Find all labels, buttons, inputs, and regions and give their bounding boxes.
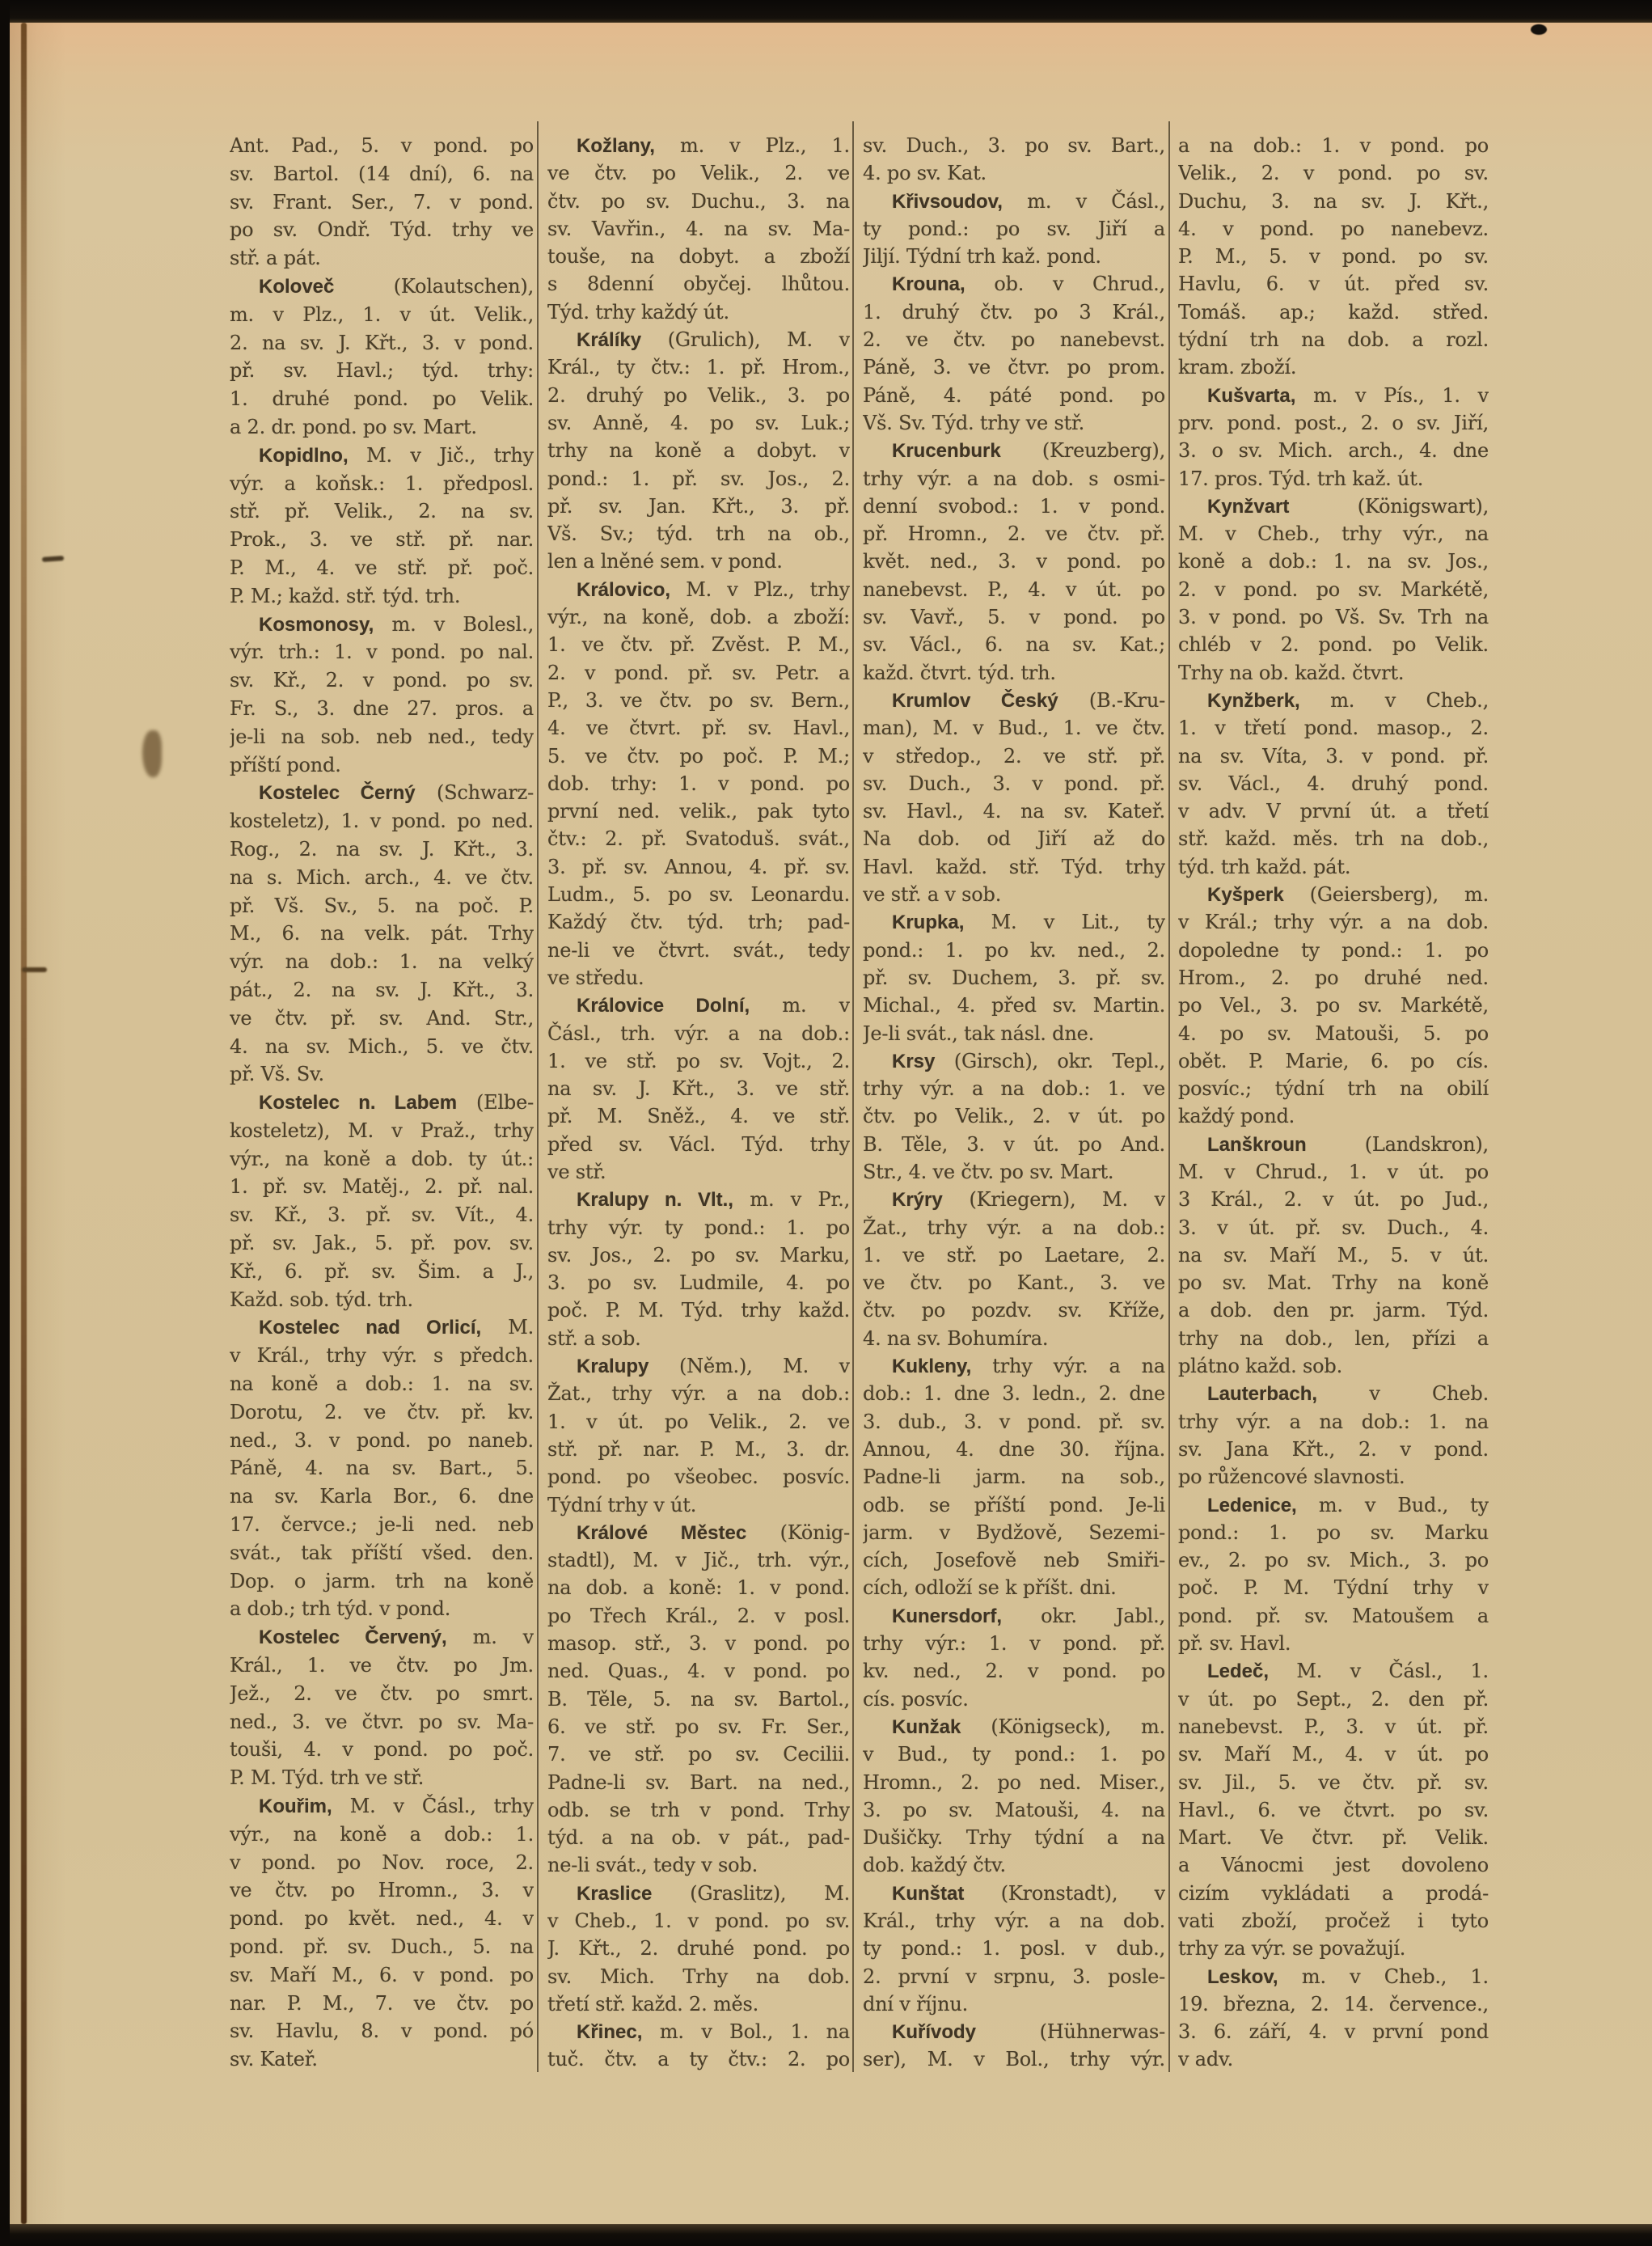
text-line: Lauterbach, v Cheb.	[1178, 1380, 1489, 1407]
entry-text: tuč. čtv. a ty čtv.: 2. po	[547, 2048, 850, 2070]
entry-text: cích, Josefově neb Smiři-	[863, 1549, 1165, 1571]
text-line: pond.: 1. po kv. ned., 2.	[863, 937, 1165, 964]
entry-text: pond. př. sv. Duch., 5. na	[230, 1935, 534, 1958]
text-line: na sv. J. Křt., 3. ve stř.	[547, 1075, 850, 1102]
entry-text: 1. v třetí pond. masop., 2.	[1178, 717, 1489, 739]
entry-text: trhy za výr. se považují.	[1178, 1937, 1405, 1960]
text-line: stř. a pát.	[230, 244, 534, 273]
text-line: J. Křt., 2. druhé pond. po	[547, 1935, 850, 1962]
entry-headword: Kralupy	[577, 1356, 649, 1377]
entry-text: po růžencové slavnosti.	[1178, 1466, 1405, 1488]
text-line: sv. Václ., 4. druhý pond.	[1178, 770, 1489, 797]
ink-smudge	[142, 730, 162, 777]
entry-text: sv. Havl., 4. na sv. Kateř.	[863, 800, 1165, 823]
entry-text: po Vel., 3. po sv. Markétě,	[1178, 994, 1489, 1017]
text-line: př. M. Sněž., 4. ve stř.	[547, 1102, 850, 1130]
text-line: Kyšperk (Geiersberg), m.	[1178, 881, 1489, 908]
text-line: Páně, 4. páté pond. po	[863, 382, 1165, 409]
text-line: příští pond.	[230, 751, 534, 780]
entry-text: každý pond.	[1178, 1105, 1295, 1127]
text-line: ve stř. a v sob.	[863, 881, 1165, 908]
entry-text: 3. po sv. Matouši, 4. na	[863, 1799, 1165, 1821]
entry-text: touše, na dobyt. a zboží	[547, 245, 850, 268]
text-line: 1. př. sv. Matěj., 2. př. nal.	[230, 1173, 534, 1201]
entry-text: př. Vš. Sv., 5. na poč. P.	[230, 895, 534, 917]
entry-text: a dob. den pr. jarm. Týd.	[1178, 1299, 1489, 1322]
text-line: sv. Kř., 2. v pond. po sv.	[230, 666, 534, 695]
entry-text: Každý čtv. týd. trh; pad-	[547, 911, 850, 933]
entry-text: na sv. Víta, 3. v pond. př.	[1178, 745, 1489, 768]
text-line: len a lněné sem. v pond.	[547, 548, 850, 575]
text-line: Kouřim, M. v Čásl., trhy	[230, 1792, 534, 1821]
text-line: Král., 1. ve čtv. po Jm.	[230, 1652, 534, 1680]
entry-text: kosteletz), 1. v pond. po ned.	[230, 810, 534, 832]
entry-text: kv. ned., 2. v pond. po	[863, 1660, 1165, 1682]
entry-text: př. Vš. Sv.	[230, 1063, 324, 1085]
text-line: Krsy (Girsch), okr. Tepl.,	[863, 1047, 1165, 1075]
text-line: př. Hromn., 2. ve čtv. př.	[863, 520, 1165, 548]
entry-text: posvíc.; týdní trh na obilí	[1178, 1077, 1489, 1100]
text-line: a 2. dr. pond. po sv. Mart.	[230, 413, 534, 442]
text-line: Král., trhy výr. a na dob.	[863, 1907, 1165, 1935]
text-line: jarm. v Bydžově, Sezemi-	[863, 1519, 1165, 1546]
entry-text: sv. Maří M., 6. v pond. po	[230, 1964, 534, 1986]
text-column-1: Ant. Pad., 5. v pond. posv. Bartol. (14 …	[230, 132, 534, 2074]
entry-text: M. v Lit., ty	[964, 911, 1165, 933]
entry-text: 1. v út. po Velik., 2. ve	[547, 1411, 850, 1433]
entry-text: odb. se příští pond. Je-li	[863, 1494, 1165, 1516]
text-line: ty pond.: po sv. Jiří a	[863, 215, 1165, 243]
entry-text: ve stř.	[547, 1161, 606, 1183]
entry-text: Fr. S., 3. dne 27. pros. a	[230, 697, 534, 720]
entry-text: kosteletz), M. v Praž., trhy	[230, 1119, 534, 1142]
entry-headword: Ledenice,	[1207, 1495, 1297, 1516]
text-line: sv. Vavřin., 4. na sv. Ma-	[547, 215, 850, 243]
text-line: Kukleny, trhy výr. a na	[863, 1352, 1165, 1380]
entry-text: ve čtv. po Velik., 2. ve	[547, 162, 850, 184]
entry-text: ve čtv. po Kant., 3. ve	[863, 1271, 1165, 1294]
text-line: ne-li ve čtvrt. svát., tedy	[547, 937, 850, 964]
text-line: Krouna, ob. v Chrud.,	[863, 270, 1165, 298]
text-line: Ant. Pad., 5. v pond. po	[230, 132, 534, 160]
text-line: 1. v třetí pond. masop., 2.	[1178, 714, 1489, 742]
text-line: pond. př. sv. Duch., 5. na	[230, 1933, 534, 1961]
entry-text: př. M. Sněž., 4. ve stř.	[547, 1105, 850, 1127]
text-line: 3. po sv. Ludmile, 4. po	[547, 1269, 850, 1296]
entry-text: 4. ve čtvrt. př. sv. Havl.,	[547, 717, 850, 739]
text-line: po růžencové slavnosti.	[1178, 1463, 1489, 1491]
text-line: sv. Havlu, 8. v pond. pó	[230, 2017, 534, 2045]
text-line: stř. př. Velik., 2. na sv.	[230, 497, 534, 526]
entry-text: na s. Mich. arch., 4. ve čtv.	[230, 866, 534, 889]
text-line: Hrom., 2. po druhé ned.	[1178, 964, 1489, 992]
entry-text: sv. Kř., 3. př. sv. Vít., 4.	[230, 1203, 534, 1226]
text-line: Havl., 6. ve čtvrt. po sv.	[1178, 1796, 1489, 1824]
entry-text: plátno každ. sob.	[1178, 1355, 1342, 1377]
entry-text: a 2. dr. pond. po sv. Mart.	[230, 416, 477, 438]
entry-text: 7. ve stř. po sv. Cecilii.	[547, 1743, 850, 1766]
entry-text: len a lněné sem. v pond.	[547, 550, 783, 573]
page-edge-top	[0, 0, 1652, 23]
text-line: cích, odloží se k příšt. dni.	[863, 1574, 1165, 1601]
entry-headword: Ledeč,	[1207, 1660, 1269, 1682]
entry-headword: Kouřim,	[259, 1796, 332, 1817]
text-line: sv. Jana Křt., 2. v pond.	[1178, 1436, 1489, 1463]
text-line: Královice Dolní, m. v	[547, 992, 850, 1019]
text-line: první ned. velik., pak tyto	[547, 797, 850, 825]
text-line: a na dob.: 1. v pond. po	[1178, 132, 1489, 159]
text-line: trhy na dob., len, přízi a	[1178, 1325, 1489, 1352]
entry-text: 3. 6. září, 4. v první pond	[1178, 2020, 1489, 2043]
entry-headword: Kostelec Červený,	[259, 1626, 447, 1648]
text-line: s 8denní obyčej. lhůtou.	[547, 270, 850, 298]
entry-text: P. M., 4. ve stř. př. poč.	[230, 556, 534, 579]
text-line: Králové Městec (König-	[547, 1519, 850, 1546]
entry-text: Jiljí. Týdní trh kaž. pond.	[863, 245, 1101, 268]
text-column-4: a na dob.: 1. v pond. poVelik., 2. v pon…	[1178, 132, 1489, 2074]
entry-text: poč. P. M. Týd. trhy každ.	[547, 1299, 850, 1322]
entry-text: 2. ve čtv. po nanebevst.	[863, 328, 1165, 351]
entry-text: 3. př. sv. Annou, 4. př. sv.	[547, 856, 850, 878]
entry-text: pond. po květ. ned., 4. v	[230, 1907, 534, 1930]
entry-headword: Krupka,	[892, 912, 964, 933]
entry-text: Páně, 3. ve čtvr. po prom.	[863, 356, 1165, 379]
entry-text: M. v Plz., trhy	[670, 578, 850, 601]
scanned-book-page: { "palette": { "paper": "#d6c196", "pape…	[0, 0, 1652, 2246]
entry-text: sv. Bartol. (14 dní), 6. na	[230, 163, 534, 185]
text-line: Týdní trhy v út.	[547, 1491, 850, 1519]
entry-text: vati zboží, pročež i tyto	[1178, 1910, 1489, 1932]
text-line: pond. po všeobec. posvíc.	[547, 1463, 850, 1491]
text-line: pát., 2. na sv. J. Křt., 3.	[230, 976, 534, 1005]
entry-text: čtv.: 2. př. Svatoduš. svát.,	[547, 827, 850, 850]
entry-text: sv. Vavřin., 4. na sv. Ma-	[547, 218, 850, 240]
entry-headword: Krýry	[892, 1189, 943, 1211]
entry-text: sv. Jos., 2. po sv. Marku,	[547, 1244, 850, 1267]
text-line: na sv. Karla Bor., 6. dne	[230, 1483, 534, 1511]
text-line: 4. po sv. Kat.	[863, 159, 1165, 187]
text-line: sv. Maří M., 6. v pond. po	[230, 1961, 534, 1990]
text-line: Žat., trhy výr. a na dob.:	[547, 1380, 850, 1407]
text-line: poč. P. M. Týd. trhy každ.	[547, 1296, 850, 1324]
entry-text: v adv.	[1178, 2048, 1233, 2070]
entry-text: M. v Čásl., 1.	[1269, 1660, 1489, 1682]
text-line: Padne-li sv. Bart. na ned.,	[547, 1769, 850, 1796]
text-line: 3. v pond. po Vš. Sv. Trh na	[1178, 603, 1489, 631]
text-line: na dob. a koně: 1. v pond.	[547, 1574, 850, 1601]
text-line: na sv. Víta, 3. v pond. př.	[1178, 742, 1489, 770]
entry-text: 4. po sv. Matouši, 5. po	[1178, 1022, 1489, 1045]
text-line: výr. a koňsk.: 1. předposl.	[230, 470, 534, 498]
text-line: ve stř.	[547, 1158, 850, 1186]
entry-text: výr. trh.: 1. v pond. po nal.	[230, 641, 534, 663]
text-line: Krýry (Kriegern), M. v	[863, 1186, 1165, 1213]
entry-text: (Elbe-	[457, 1091, 534, 1114]
entry-text: trhy výr. a na dob. s osmi-	[863, 467, 1165, 490]
text-line: ne-li svát., tedy v sob.	[547, 1851, 850, 1879]
entry-headword: Kopidlno,	[259, 445, 349, 467]
text-line: 3. 6. září, 4. v první pond	[1178, 2018, 1489, 2045]
entry-headword: Kušvarta,	[1207, 385, 1295, 407]
text-line: sv. Kř., 3. př. sv. Vít., 4.	[230, 1201, 534, 1229]
text-line: sv. Anně, 4. po sv. Luk.;	[547, 409, 850, 437]
text-line: kosteletz), M. v Praž., trhy	[230, 1117, 534, 1145]
text-line: Krucenburk (Kreuzberg),	[863, 437, 1165, 464]
text-line: Velik., 2. v pond. po sv.	[1178, 159, 1489, 187]
entry-text: Mart. Ve čtvr. př. Velik.	[1178, 1826, 1489, 1849]
text-line: dob. trhy: 1. v pond. po	[547, 770, 850, 797]
entry-text: sv. Jana Křt., 2. v pond.	[1178, 1438, 1489, 1461]
entry-text: sv. Kř., 2. v pond. po sv.	[230, 669, 534, 692]
entry-text: výr., na koně, dob. a zboží:	[547, 606, 850, 628]
text-line: 1. ve čtv. př. Zvěst. P. M.,	[547, 631, 850, 658]
entry-text: Duchu, 3. na sv. J. Křt.,	[1178, 190, 1489, 213]
text-line: P. M. Týd. trh ve stř.	[230, 1764, 534, 1792]
entry-text: P. M. Týd. trh ve stř.	[230, 1766, 424, 1789]
margin-ink-mark	[22, 967, 47, 972]
entry-text: M. v Jič., trhy	[349, 444, 534, 467]
text-line: sv. Maří M., 4. v út. po	[1178, 1741, 1489, 1768]
entry-text: týd. a na ob. v pát., pad-	[547, 1826, 850, 1849]
entry-headword: Kralupy n. Vlt.,	[577, 1189, 733, 1211]
text-line: trhy výr. a na dob.: 1. na	[1178, 1408, 1489, 1436]
entry-text: ev., 2. po sv. Mich., 3. po	[1178, 1549, 1489, 1571]
text-line: Krumlov Český (B.-Kru-	[863, 687, 1165, 714]
text-line: 3. v út. př. sv. Duch., 4.	[1178, 1214, 1489, 1241]
text-line: Kunštat (Kronstadt), v	[863, 1880, 1165, 1907]
entry-text: sv. Anně, 4. po sv. Luk.;	[547, 412, 850, 434]
entry-text: (Königswart),	[1289, 495, 1489, 518]
entry-text: po Třech Král., 2. v posl.	[547, 1605, 850, 1627]
binding-crease	[21, 23, 27, 2224]
entry-text: s 8denní obyčej. lhůtou.	[547, 273, 850, 295]
text-line: plátno každ. sob.	[1178, 1352, 1489, 1380]
text-line: odb. se trh v pond. Trhy	[547, 1796, 850, 1824]
entry-text: jarm. v Bydžově, Sezemi-	[863, 1521, 1165, 1544]
entry-text: man), M. v Bud., 1. ve čtv.	[863, 717, 1165, 739]
entry-text: 4. po sv. Kat.	[863, 162, 987, 184]
text-line: 5. ve čtv. po poč. P. M.;	[547, 742, 850, 770]
text-line: Páně, 3. ve čtvr. po prom.	[863, 353, 1165, 381]
text-line: Jiljí. Týdní trh kaž. pond.	[863, 243, 1165, 270]
entry-text: (Geiersberg), m.	[1284, 883, 1489, 906]
entry-headword: Křivsoudov,	[892, 191, 1003, 213]
entry-text: Vš. Sv. Týd. trhy ve stř.	[863, 412, 1084, 434]
text-line: 2. v pond. př. sv. Petr. a	[547, 659, 850, 687]
entry-text: 3. po sv. Ludmile, 4. po	[547, 1271, 850, 1294]
entry-text: 4. na sv. Bohumíra.	[863, 1327, 1048, 1350]
text-line: před sv. Václ. Týd. trhy	[547, 1131, 850, 1158]
text-line: Michal., 4. před sv. Martin.	[863, 992, 1165, 1019]
entry-text: 19. března, 2. 14. července.,	[1178, 1993, 1489, 2015]
text-line: v Král.; trhy výr. a na dob.	[1178, 908, 1489, 936]
entry-text: ve čtv. po Hromn., 3. v	[230, 1879, 534, 1901]
text-line: Ludm., 5. po sv. Leonardu.	[547, 881, 850, 908]
entry-text: výr., na koně a dob.: 1.	[230, 1823, 534, 1846]
entry-headword: Krouna,	[892, 273, 965, 295]
text-line: touše, na dobyt. a zboží	[547, 243, 850, 270]
entry-text: J. Křt., 2. druhé pond. po	[547, 1937, 850, 1960]
text-line: Lanškroun (Landskron),	[1178, 1131, 1489, 1158]
entry-text: 4. v pond. po nanebevz.	[1178, 218, 1489, 240]
entry-text: Čásl., trh. výr. a na dob.:	[547, 1022, 850, 1045]
entry-text: Žat., trhy výr. a na dob.:	[547, 1382, 850, 1405]
entry-text: (Kriegern), M. v	[943, 1188, 1165, 1211]
entry-text: př. sv. Jak., 5. př. pov. sv.	[230, 1232, 534, 1254]
entry-text: P. M.; každ. stř. týd. trh.	[230, 585, 460, 607]
text-line: 2. druhý po Velik., 3. po	[547, 382, 850, 409]
entry-text: Annou, 4. dne 30. října.	[863, 1438, 1165, 1461]
entry-text: Str., 4. ve čtv. po sv. Mart.	[863, 1161, 1113, 1183]
entry-text: pond.: 1. po sv. Marku	[1178, 1521, 1489, 1544]
text-line: po sv. Mat. Trhy na koně	[1178, 1269, 1489, 1296]
entry-text: Kř., 6. př. sv. Šim. a J.,	[230, 1260, 534, 1283]
entry-text: v Král.; trhy výr. a na dob.	[1178, 911, 1489, 933]
entry-text: prv. pond. post., 2. o sv. Jiří,	[1178, 412, 1489, 434]
entry-text: ne-li svát., tedy v sob.	[547, 1854, 758, 1876]
entry-text: okr. Jabl.,	[1002, 1605, 1165, 1627]
text-line: 17. pros. Týd. trh kaž. út.	[1178, 465, 1489, 493]
text-line: 4. po sv. Matouši, 5. po	[1178, 1020, 1489, 1047]
entry-text: sv. Vavř., 5. v pond. po	[863, 606, 1165, 628]
text-line: M., 6. na velk. pát. Trhy	[230, 920, 534, 948]
entry-text: př. sv. Duchem, 3. př. sv.	[863, 966, 1165, 989]
entry-text: 3. o sv. Mich. arch., 4. dne	[1178, 439, 1489, 462]
text-line: Kraslice (Graslitz), M.	[547, 1880, 850, 1907]
text-line: Havlu, 6. v út. před sv.	[1178, 270, 1489, 298]
text-line: Koloveč (Kolautschen),	[230, 273, 534, 301]
text-line: stadtl), M. v Jič., trh. výr.,	[547, 1546, 850, 1574]
text-line: Čásl., trh. výr. a na dob.:	[547, 1020, 850, 1047]
entry-text: na koně a dob.: 1. na sv.	[230, 1373, 534, 1395]
entry-text: m. v Cheb.,	[1300, 689, 1489, 712]
entry-text: Král., trhy výr. a na dob.	[863, 1910, 1165, 1932]
entry-text: stadtl), M. v Jič., trh. výr.,	[547, 1549, 850, 1571]
entry-text: m. v Čásl.,	[1003, 190, 1165, 213]
entry-headword: Kostelec nad Orlicí,	[259, 1317, 481, 1339]
text-line: ty pond.: 1. posl. v dub.,	[863, 1935, 1165, 1962]
entry-text: 2. v pond. po sv. Markétě,	[1178, 578, 1489, 601]
entry-text: na sv. J. Křt., 3. ve stř.	[547, 1077, 850, 1100]
text-line: B. Těle, 5. na sv. Bartol.,	[547, 1686, 850, 1713]
entry-headword: Kožlany,	[577, 135, 655, 157]
entry-text: 3. dub., 3. v pond. př. sv.	[863, 1411, 1165, 1433]
entry-text: (Kolautschen),	[334, 275, 534, 298]
entry-text: týdní trh na dob. a rozl.	[1178, 328, 1489, 351]
entry-text: a na dob.: 1. v pond. po	[1178, 134, 1489, 157]
entry-text: Havl. každ. stř. Týd. trhy	[863, 856, 1165, 878]
entry-headword: Kynžvart	[1207, 496, 1289, 518]
column-divider-rule	[852, 121, 854, 2072]
text-line: trhy výr. a na dob. s osmi-	[863, 465, 1165, 493]
text-line: Kostelec nad Orlicí, M.	[230, 1313, 534, 1342]
entry-text: čtv. po pozdv. sv. Kříže,	[863, 1299, 1165, 1322]
text-line: Krupka, M. v Lit., ty	[863, 908, 1165, 936]
text-line: dob. každý čtv.	[863, 1851, 1165, 1879]
entry-text: stř. př. Velik., 2. na sv.	[230, 500, 534, 522]
text-line: Kostelec n. Labem (Elbe-	[230, 1089, 534, 1117]
entry-text: týd. trh každ. pát.	[1178, 856, 1350, 878]
entry-headword: Lauterbach,	[1207, 1383, 1317, 1405]
text-line: na koně a dob.: 1. na sv.	[230, 1370, 534, 1398]
text-line: 1. ve stř. po Laetare, 2.	[863, 1241, 1165, 1269]
text-line: př. sv. Havl.; týd. trhy:	[230, 357, 534, 385]
entry-text: v út. po Sept., 2. den př.	[1178, 1688, 1489, 1711]
entry-text: Tomáš. ap.; každ. střed.	[1178, 301, 1489, 324]
text-line: sv. Václ., 6. na sv. Kat.;	[863, 631, 1165, 658]
entry-text: trhy výr.: 1. v pond. př.	[863, 1632, 1165, 1655]
entry-text: poč. P. M. Týdní trhy v	[1178, 1576, 1489, 1599]
entry-text: př. sv. Jan. Křt., 3. př.	[547, 495, 850, 518]
text-line: ve čtv. po Kant., 3. ve	[863, 1269, 1165, 1296]
entry-text: m. v	[750, 994, 850, 1017]
entry-text: v Cheb.	[1317, 1382, 1489, 1405]
entry-text: př. Hromn., 2. ve čtv. př.	[863, 522, 1165, 545]
text-line: v Bud., ty pond.: 1. po	[863, 1741, 1165, 1768]
entry-text: (Schwarz-	[416, 781, 534, 804]
text-line: Na dob. od Jiří až do	[863, 825, 1165, 852]
text-line: trhy za výr. se považují.	[1178, 1935, 1489, 1962]
entry-text: (Königseck), m.	[961, 1715, 1165, 1738]
text-line: tuč. čtv. a ty čtv.: 2. po	[547, 2045, 850, 2073]
text-line: Jež., 2. ve čtv. po smrt.	[230, 1680, 534, 1708]
entry-text: 1. př. sv. Matěj., 2. př. nal.	[230, 1175, 534, 1198]
entry-headword: Krumlov Český	[892, 690, 1058, 712]
text-line: př. Vš. Sv.	[230, 1060, 534, 1089]
text-line: odb. se příští pond. Je-li	[863, 1491, 1165, 1519]
text-line: př. sv. Duchem, 3. př. sv.	[863, 964, 1165, 992]
text-line: v adv.	[1178, 2045, 1489, 2073]
entry-text: 5. ve čtv. po poč. P. M.;	[547, 745, 850, 768]
entry-text: sv. Kateř.	[230, 2048, 318, 2070]
text-line: stř. každ. měs. trh na dob.,	[1178, 825, 1489, 852]
text-line: př. Vš. Sv., 5. na poč. P.	[230, 892, 534, 920]
entry-text: Žat., trhy výr. a na dob.:	[863, 1216, 1165, 1239]
text-line: 3. o sv. Mich. arch., 4. dne	[1178, 437, 1489, 464]
entry-text: výr., na koně a dob. ty út.:	[230, 1148, 534, 1170]
column-divider-rule	[537, 121, 539, 2072]
text-line: Dop. o jarm. trh na koně	[230, 1567, 534, 1596]
entry-headword: Královice Dolní,	[577, 995, 750, 1017]
text-line: dopoledne ty pond.: 1. po	[1178, 937, 1489, 964]
text-line: 3. po sv. Matouši, 4. na	[863, 1796, 1165, 1824]
text-line: Vš. Sv.; týd. trh na ob.,	[547, 520, 850, 548]
text-line: Páně, 4. na sv. Bart., 5.	[230, 1454, 534, 1483]
entry-text: pond.: 1. po kv. ned., 2.	[863, 939, 1165, 962]
entry-headword: Kunštat	[892, 1883, 964, 1905]
entry-text: pond. př. sv. Matoušem a	[1178, 1605, 1489, 1627]
text-line: čtv. po Velik., 2. v út. po	[863, 1102, 1165, 1130]
entry-headword: Králové Městec	[577, 1522, 746, 1544]
entry-text: čtv. po sv. Duchu., 3. na	[547, 190, 850, 213]
text-line: pond. př. sv. Matoušem a	[1178, 1602, 1489, 1630]
entry-text: M., 6. na velk. pát. Trhy	[230, 922, 534, 945]
entry-text: M. v Cheb., trhy výr., na	[1178, 522, 1489, 545]
entry-text: Padne-li sv. Bart. na ned.,	[547, 1771, 850, 1794]
entry-text: M. v Čásl., trhy	[332, 1795, 534, 1817]
text-line: ser), M. v Bol., trhy výr.	[863, 2045, 1165, 2073]
entry-text: (Hühnerwas-	[976, 2020, 1165, 2043]
entry-text: (Kronstadt), v	[964, 1882, 1165, 1905]
text-line: 19. března, 2. 14. července.,	[1178, 1990, 1489, 2018]
text-line: a dob. den pr. jarm. Týd.	[1178, 1296, 1489, 1324]
entry-text: (Girsch), okr. Tepl.,	[935, 1050, 1165, 1072]
entry-text: na sv. Maří M., 5. v út.	[1178, 1244, 1489, 1267]
text-line: 7. ve stř. po sv. Cecilii.	[547, 1741, 850, 1768]
text-line: Žat., trhy výr. a na dob.:	[863, 1214, 1165, 1241]
text-line: Kostelec Černý (Schwarz-	[230, 779, 534, 807]
entry-text: a Vánocmi jest dovoleno	[1178, 1854, 1489, 1876]
